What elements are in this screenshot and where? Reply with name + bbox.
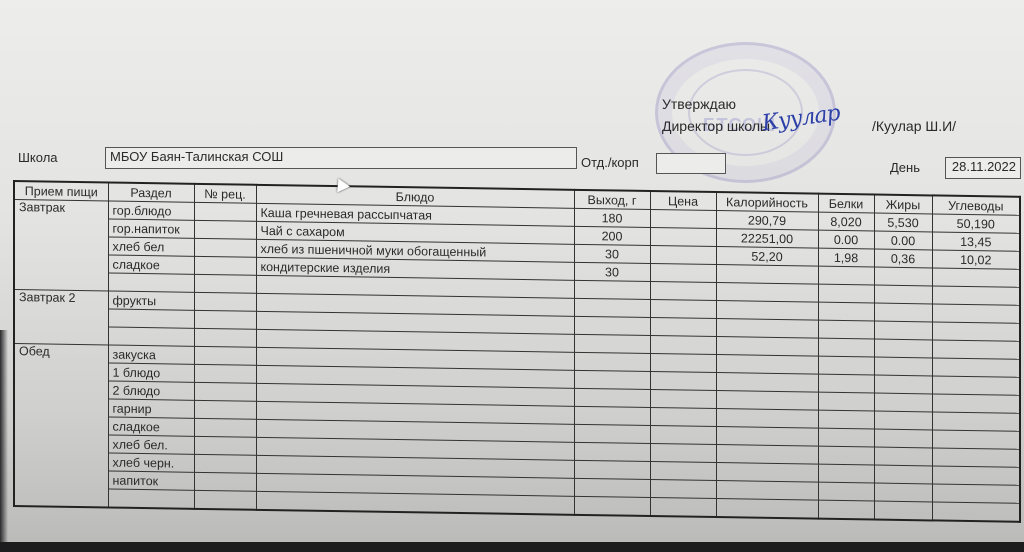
cell-fats[interactable] bbox=[874, 447, 932, 466]
cell-meal[interactable]: Завтрак bbox=[14, 200, 108, 291]
day-field[interactable]: 28.11.2022 bbox=[945, 157, 1021, 179]
cell-recipe[interactable] bbox=[194, 436, 256, 455]
cell-section[interactable]: напиток bbox=[108, 471, 194, 490]
cell-output[interactable] bbox=[574, 406, 650, 425]
cell-price[interactable] bbox=[650, 390, 716, 409]
cell-carbs[interactable] bbox=[932, 412, 1020, 431]
cell-recipe[interactable] bbox=[194, 274, 256, 293]
cell-output[interactable]: 180 bbox=[574, 208, 650, 227]
cell-calories[interactable] bbox=[716, 427, 818, 447]
column-header: Прием пищи bbox=[14, 181, 108, 201]
director-label: Директор школы bbox=[662, 118, 770, 134]
cell-calories[interactable] bbox=[716, 481, 818, 501]
cell-section[interactable]: гор.напиток bbox=[108, 219, 194, 238]
cell-carbs[interactable] bbox=[932, 322, 1020, 341]
column-header: Углеводы bbox=[932, 195, 1020, 215]
cell-section[interactable]: хлеб черн. bbox=[108, 453, 194, 472]
cell-calories[interactable] bbox=[716, 391, 818, 411]
cell-output[interactable] bbox=[574, 352, 650, 371]
cell-calories[interactable] bbox=[716, 409, 818, 429]
cell-output[interactable]: 30 bbox=[574, 244, 650, 263]
cell-proteins[interactable]: 0.00 bbox=[818, 230, 874, 249]
cell-section[interactable]: гор.блюдо bbox=[108, 201, 194, 220]
cell-recipe[interactable] bbox=[194, 220, 256, 239]
cell-recipe[interactable] bbox=[194, 382, 256, 401]
cell-carbs[interactable] bbox=[932, 286, 1020, 305]
cell-fats[interactable] bbox=[874, 465, 932, 484]
cell-fats[interactable]: 0.00 bbox=[874, 231, 932, 250]
cell-recipe[interactable] bbox=[194, 292, 256, 311]
cell-output[interactable] bbox=[574, 478, 650, 497]
menu-table: Прием пищиРаздел№ рец.БлюдоВыход, гЦенаК… bbox=[13, 180, 1021, 523]
cell-price[interactable] bbox=[650, 408, 716, 427]
cell-carbs[interactable] bbox=[932, 394, 1020, 413]
cell-carbs[interactable] bbox=[932, 358, 1020, 377]
cell-carbs[interactable]: 50,190 bbox=[932, 214, 1020, 233]
cell-carbs[interactable] bbox=[932, 304, 1020, 323]
cell-price[interactable] bbox=[650, 426, 716, 445]
cell-carbs[interactable] bbox=[932, 430, 1020, 449]
cell-carbs[interactable] bbox=[932, 466, 1020, 485]
cell-section[interactable]: 1 блюдо bbox=[108, 363, 194, 382]
cell-fats[interactable]: 5,530 bbox=[874, 213, 932, 232]
cell-fats[interactable] bbox=[874, 393, 932, 412]
cell-section[interactable]: гарнир bbox=[108, 399, 194, 418]
cell-calories[interactable] bbox=[716, 283, 818, 303]
cell-calories[interactable] bbox=[716, 373, 818, 393]
cell-recipe[interactable] bbox=[194, 364, 256, 383]
school-label: Школа bbox=[18, 150, 58, 165]
monitor-bezel-left bbox=[0, 330, 8, 552]
cell-recipe[interactable] bbox=[194, 472, 256, 491]
cell-carbs[interactable] bbox=[932, 268, 1020, 287]
cell-proteins[interactable] bbox=[818, 464, 874, 483]
cell-section[interactable]: фрукты bbox=[108, 291, 194, 310]
cell-output[interactable] bbox=[574, 442, 650, 461]
cell-recipe[interactable] bbox=[194, 328, 256, 347]
cell-recipe[interactable] bbox=[194, 490, 256, 509]
cell-calories[interactable]: 22251,00 bbox=[716, 229, 818, 249]
cell-output[interactable] bbox=[574, 370, 650, 389]
cell-proteins[interactable] bbox=[818, 392, 874, 411]
cell-fats[interactable] bbox=[874, 429, 932, 448]
cell-output[interactable] bbox=[574, 388, 650, 407]
cell-carbs[interactable] bbox=[932, 340, 1020, 359]
cell-recipe[interactable] bbox=[194, 238, 256, 257]
cell-proteins[interactable] bbox=[818, 410, 874, 429]
cell-output[interactable] bbox=[574, 460, 650, 479]
cell-proteins[interactable] bbox=[818, 284, 874, 303]
cell-output[interactable]: 30 bbox=[574, 262, 650, 281]
cell-proteins[interactable] bbox=[818, 500, 874, 519]
cell-carbs[interactable] bbox=[932, 448, 1020, 467]
cell-section[interactable] bbox=[108, 273, 194, 292]
school-field[interactable]: МБОУ Баян-Талинская СОШ bbox=[105, 147, 577, 169]
cell-recipe[interactable] bbox=[194, 418, 256, 437]
director-name: /Куулар Ш.И/ bbox=[872, 118, 956, 134]
cell-section[interactable]: закуска bbox=[108, 345, 194, 364]
cell-price[interactable] bbox=[650, 300, 716, 319]
cell-price[interactable] bbox=[650, 372, 716, 391]
column-header: Раздел bbox=[108, 182, 194, 202]
cell-fats[interactable] bbox=[874, 501, 932, 520]
cell-section[interactable]: хлеб бел bbox=[108, 237, 194, 256]
cell-fats[interactable] bbox=[874, 303, 932, 322]
cell-meal[interactable]: Завтрак 2 bbox=[14, 290, 108, 345]
cell-recipe[interactable] bbox=[194, 454, 256, 473]
cell-proteins[interactable] bbox=[818, 482, 874, 501]
cell-meal[interactable]: Обед bbox=[14, 344, 108, 508]
approve-label: Утверждаю bbox=[662, 96, 736, 112]
day-label: День bbox=[890, 160, 920, 175]
cell-carbs[interactable]: 13,45 bbox=[932, 232, 1020, 251]
cell-fats[interactable] bbox=[874, 483, 932, 502]
cell-recipe[interactable] bbox=[194, 310, 256, 329]
cell-carbs[interactable] bbox=[932, 502, 1020, 522]
cell-proteins[interactable] bbox=[818, 320, 874, 339]
cell-fats[interactable] bbox=[874, 357, 932, 376]
dept-field[interactable] bbox=[656, 153, 726, 174]
cell-price[interactable] bbox=[650, 480, 716, 499]
cell-carbs[interactable]: 10,02 bbox=[932, 250, 1020, 269]
cell-section[interactable] bbox=[108, 309, 194, 328]
column-header: Выход, г bbox=[574, 190, 650, 210]
cell-proteins[interactable] bbox=[818, 446, 874, 465]
cell-price[interactable] bbox=[650, 264, 716, 283]
cell-proteins[interactable]: 8,020 bbox=[818, 212, 874, 231]
cell-fats[interactable] bbox=[874, 321, 932, 340]
cell-output[interactable] bbox=[574, 424, 650, 443]
cell-section[interactable] bbox=[108, 489, 194, 509]
cell-price[interactable] bbox=[650, 210, 716, 229]
cell-section[interactable]: 2 блюдо bbox=[108, 381, 194, 400]
cell-output[interactable] bbox=[574, 280, 650, 299]
cell-output[interactable] bbox=[574, 496, 650, 516]
monitor-bezel-bottom bbox=[0, 542, 1024, 552]
cell-calories[interactable] bbox=[716, 319, 818, 339]
cell-recipe[interactable] bbox=[194, 346, 256, 365]
cell-price[interactable] bbox=[650, 246, 716, 265]
cell-price[interactable] bbox=[650, 318, 716, 337]
cell-calories[interactable] bbox=[716, 445, 818, 465]
cell-proteins[interactable] bbox=[818, 356, 874, 375]
cell-output[interactable] bbox=[574, 298, 650, 317]
cell-proteins[interactable] bbox=[818, 428, 874, 447]
cell-calories[interactable] bbox=[716, 265, 818, 285]
cell-proteins[interactable]: 1,98 bbox=[818, 248, 874, 267]
cell-fats[interactable] bbox=[874, 267, 932, 286]
cell-recipe[interactable] bbox=[194, 202, 256, 221]
cell-price[interactable] bbox=[650, 444, 716, 463]
cell-fats[interactable] bbox=[874, 411, 932, 430]
column-header: Калорийность bbox=[716, 192, 818, 212]
cell-output[interactable] bbox=[574, 334, 650, 353]
cell-price[interactable] bbox=[650, 354, 716, 373]
cell-price[interactable] bbox=[650, 228, 716, 247]
cell-calories[interactable] bbox=[716, 337, 818, 357]
cell-carbs[interactable] bbox=[932, 484, 1020, 503]
cell-recipe[interactable] bbox=[194, 400, 256, 419]
cell-proteins[interactable] bbox=[818, 266, 874, 285]
cell-proteins[interactable] bbox=[818, 374, 874, 393]
cell-section[interactable]: хлеб бел. bbox=[108, 435, 194, 454]
cell-dish[interactable] bbox=[256, 491, 574, 514]
cell-fats[interactable] bbox=[874, 375, 932, 394]
cell-price[interactable] bbox=[650, 498, 716, 518]
cell-output[interactable]: 200 bbox=[574, 226, 650, 245]
cell-calories[interactable] bbox=[716, 463, 818, 483]
cell-price[interactable] bbox=[650, 282, 716, 301]
cell-fats[interactable]: 0,36 bbox=[874, 249, 932, 268]
cell-recipe[interactable] bbox=[194, 256, 256, 275]
cell-section[interactable] bbox=[108, 327, 194, 346]
cell-proteins[interactable] bbox=[818, 338, 874, 357]
column-header: Жиры bbox=[874, 195, 932, 214]
cell-calories[interactable] bbox=[716, 499, 818, 519]
column-header: Цена bbox=[650, 191, 716, 211]
cell-proteins[interactable] bbox=[818, 302, 874, 321]
column-header: Белки bbox=[818, 194, 874, 213]
cell-fats[interactable] bbox=[874, 339, 932, 358]
cell-section[interactable]: сладкое bbox=[108, 417, 194, 436]
cell-calories[interactable] bbox=[716, 355, 818, 375]
cell-carbs[interactable] bbox=[932, 376, 1020, 395]
dept-label: Отд./корп bbox=[581, 155, 639, 170]
cell-calories[interactable] bbox=[716, 301, 818, 321]
cell-section[interactable]: сладкое bbox=[108, 255, 194, 274]
cell-price[interactable] bbox=[650, 462, 716, 481]
cell-output[interactable] bbox=[574, 316, 650, 335]
cell-calories[interactable]: 290,79 bbox=[716, 211, 818, 231]
cell-price[interactable] bbox=[650, 336, 716, 355]
column-header: № рец. bbox=[194, 184, 256, 203]
cell-fats[interactable] bbox=[874, 285, 932, 304]
cell-calories[interactable]: 52,20 bbox=[716, 247, 818, 267]
